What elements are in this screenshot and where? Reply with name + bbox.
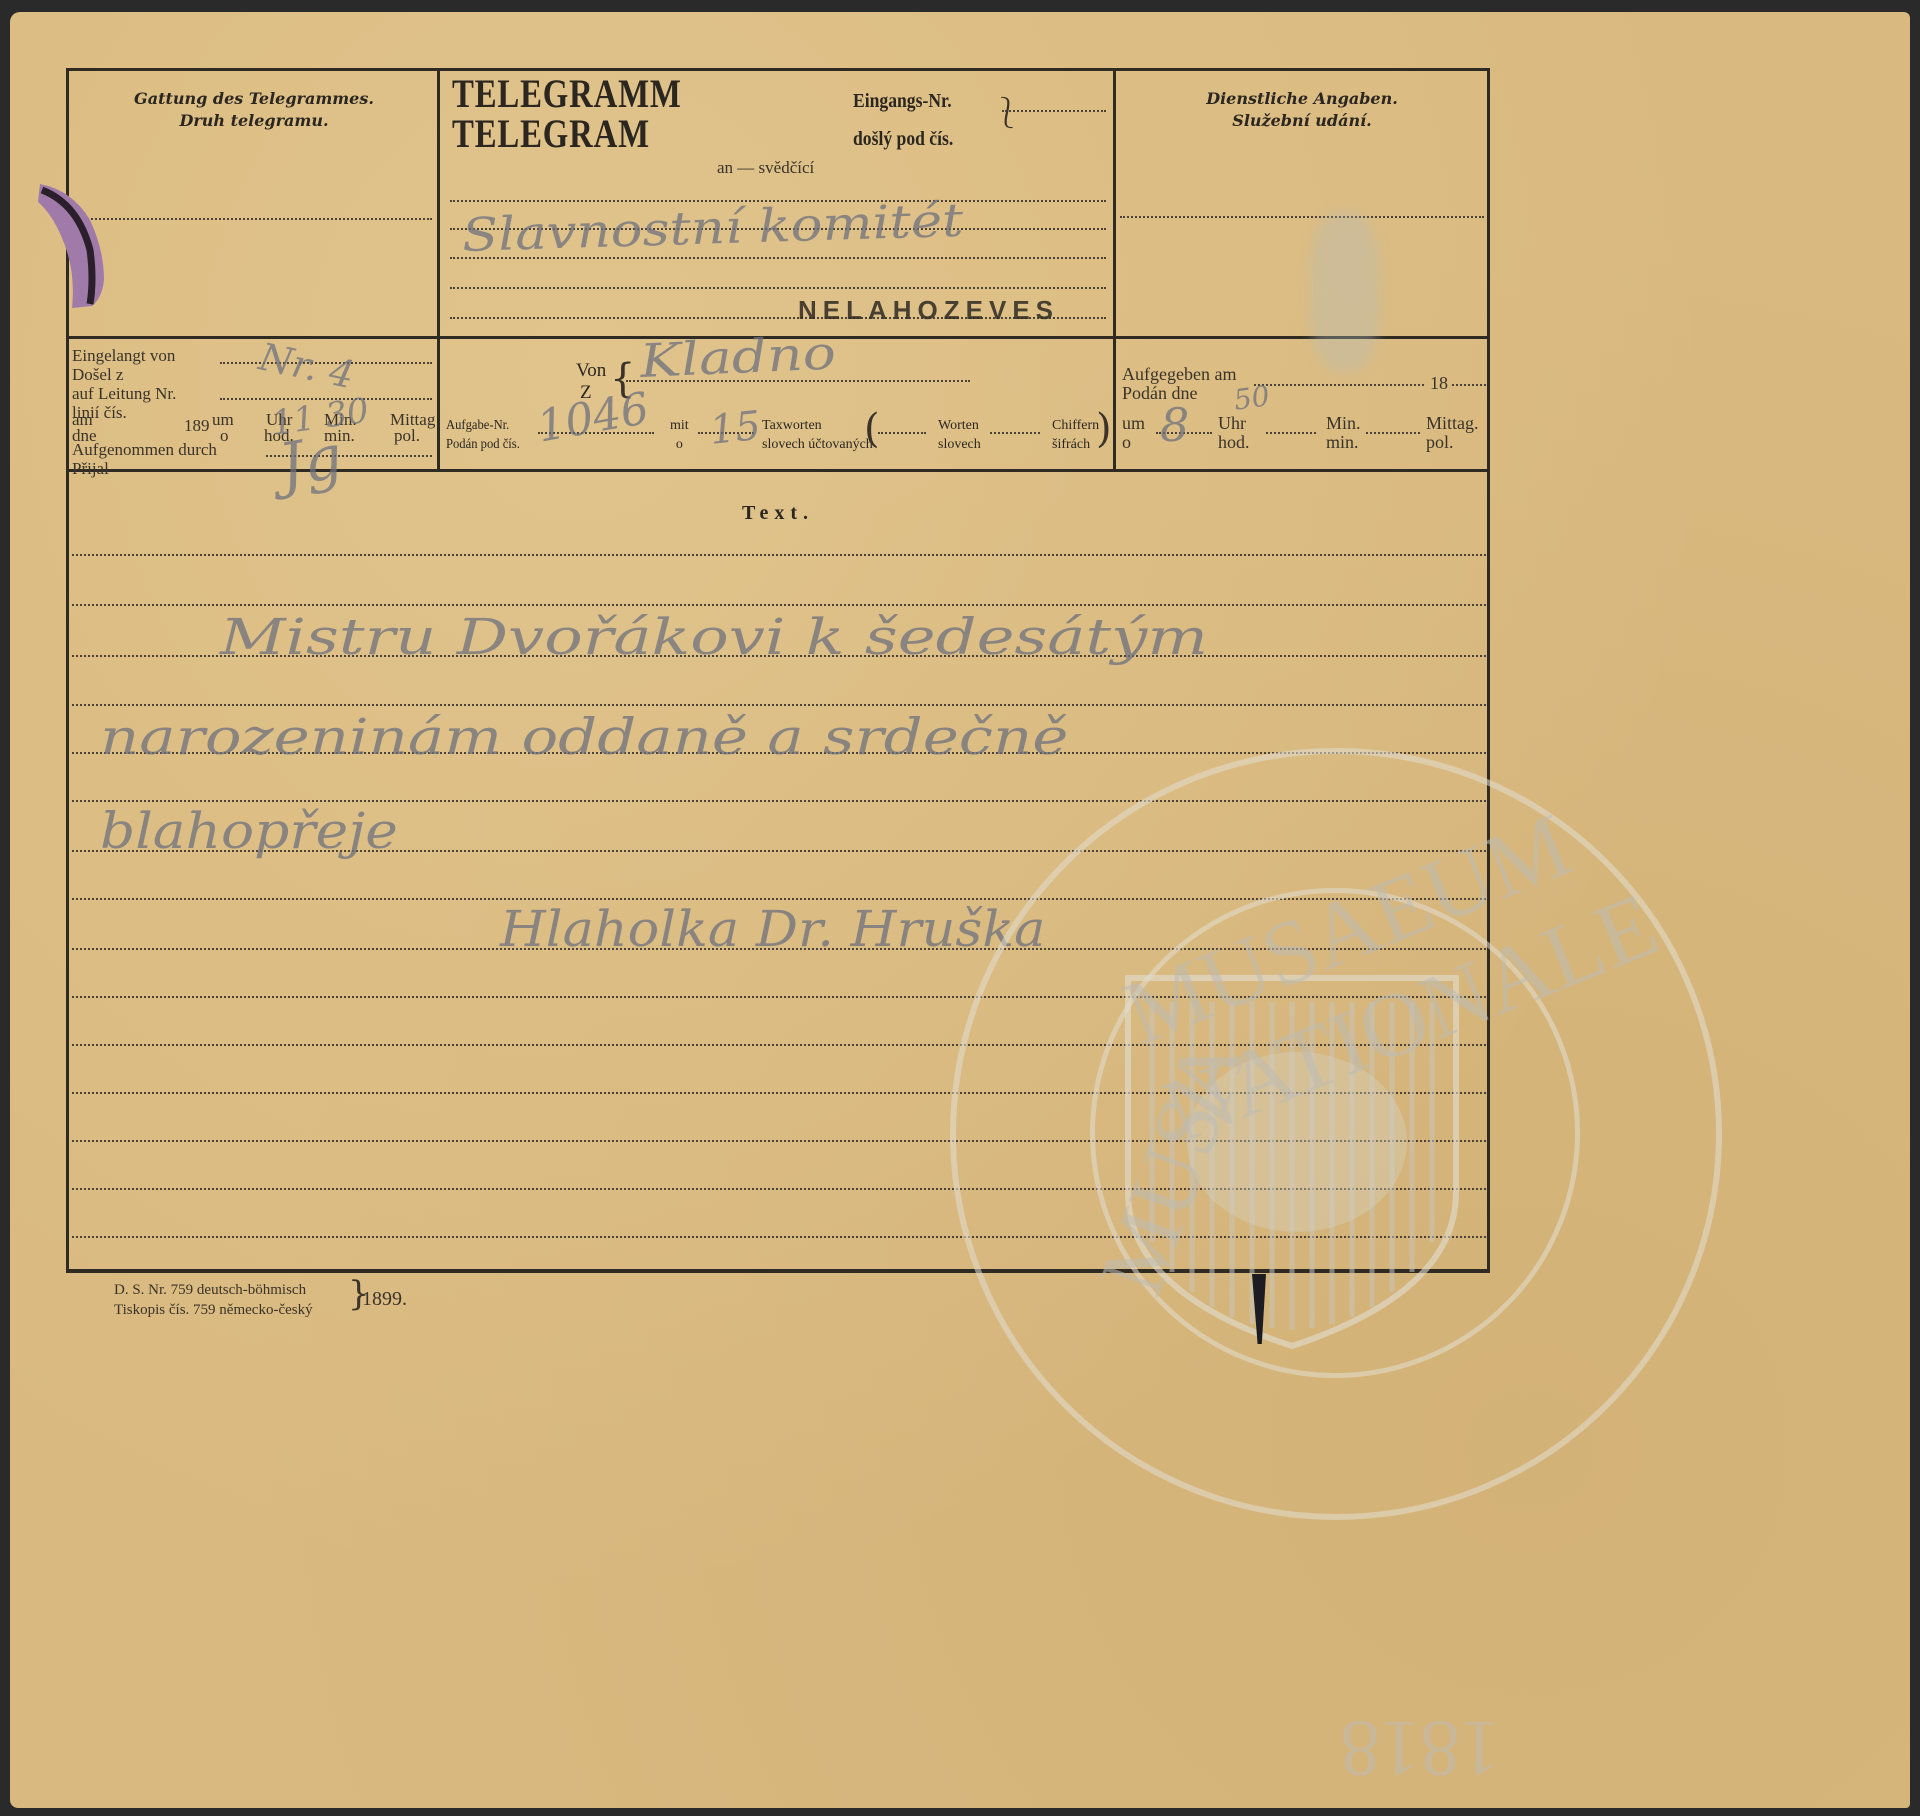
addressee-line-4: [450, 287, 1106, 289]
submitted-uhr: Uhr: [1218, 414, 1246, 433]
origin-paren-close: ): [1096, 406, 1112, 452]
origin-von: Von: [576, 360, 606, 382]
origin-words-handwritten: 15: [708, 403, 763, 454]
footer-year: 1899.: [362, 1288, 407, 1311]
submitted-pol: pol.: [1426, 433, 1454, 452]
footer-line-1: D. S. Nr. 759 deutsch-böhmisch: [114, 1280, 313, 1300]
received-pol: pol.: [394, 426, 420, 445]
official-line: [1120, 216, 1484, 218]
received-taken-handwritten: Jg: [274, 422, 348, 502]
origin-number-handwritten: 1046: [534, 383, 653, 453]
incoming-number-line: [1002, 110, 1106, 112]
received-o: o: [220, 426, 229, 445]
addressee-stamp: NELAHOZEVES: [798, 295, 1059, 326]
message-line-2: narozeninám oddaně a srdečně: [100, 708, 1068, 766]
origin-mit: mit: [670, 416, 689, 435]
received-taken-cz: Přijal: [72, 459, 217, 478]
submitted-min-line: [1266, 432, 1316, 434]
message-signature: Hlaholka Dr. Hruška: [500, 900, 1045, 958]
origin-taxworten-de: Taxworten: [762, 416, 873, 435]
incoming-de: Eingangs-Nr.: [853, 82, 953, 120]
incoming-cz: došlý pod čís.: [853, 120, 953, 158]
telegram-type-header: Gattung des Telegrammes. Druh telegramu.: [70, 88, 438, 132]
origin-aufgabe-de: Aufgabe-Nr.: [446, 416, 520, 435]
received-taken-labels: Aufgenommen durch Přijal: [72, 440, 217, 478]
origin-aufgabe-cz: Podán pod čís.: [446, 435, 520, 454]
purple-seal: [32, 180, 110, 310]
origin-number-labels: Aufgabe-Nr. Podán pod čís.: [446, 416, 520, 454]
origin-worten-line: [878, 432, 926, 434]
origin-paren-open: (: [864, 406, 880, 452]
submitted-hod: hod.: [1218, 433, 1250, 452]
title-de: TELEGRAMM: [452, 74, 682, 114]
submitted-o: o: [1122, 433, 1131, 452]
incoming-number-label: Eingangs-Nr. došlý pod čís.: [853, 82, 953, 158]
received-from-cz: Došel z: [72, 365, 176, 384]
submitted-mittag-line: [1366, 432, 1420, 434]
official-de: Dienstliche Angaben.: [1116, 88, 1488, 110]
stain: [1310, 212, 1380, 372]
text-line-4: [72, 704, 1486, 706]
received-from-handwritten: Nr. 4: [255, 334, 358, 397]
telegram-type-cz: Druh telegramu.: [70, 110, 438, 132]
origin-worten-cz: slovech: [938, 435, 981, 454]
telegram-type-de: Gattung des Telegrammes.: [70, 88, 438, 110]
origin-chiffern-cz: šifrách: [1052, 435, 1099, 454]
telegram-title: TELEGRAMM TELEGRAM: [452, 74, 682, 154]
text-line-2: [72, 604, 1486, 606]
official-header: Dienstliche Angaben. Služební udání.: [1116, 88, 1488, 132]
museum-seal-year: 1818: [1340, 1702, 1500, 1793]
submitted-date-de: Aufgegeben am: [1122, 365, 1236, 384]
submitted-year: 18: [1430, 374, 1448, 393]
submitted-min-cz: min.: [1326, 433, 1359, 452]
footer-line-2: Tiskopis čís. 759 německo-český: [114, 1300, 313, 1320]
origin-chiffern-line: [990, 432, 1040, 434]
origin-o: o: [670, 435, 689, 454]
origin-worten-de: Worten: [938, 416, 981, 435]
received-line-de: auf Leitung Nr.: [72, 384, 176, 403]
addressee-label: an — svědčící: [717, 158, 814, 178]
form-footer: D. S. Nr. 759 deutsch-böhmisch Tiskopis …: [114, 1280, 313, 1320]
title-cz: TELEGRAM: [452, 114, 682, 154]
origin-chiffern-de: Chiffern: [1052, 416, 1099, 435]
submitted-year-line: [1452, 384, 1486, 386]
origin-taxworten-cz: slovech účtovaných: [762, 435, 873, 454]
frame-top: [66, 68, 1490, 71]
submitted-min-de: Min.: [1326, 414, 1361, 433]
submitted-mittag: Mittag.: [1426, 414, 1479, 433]
message-line-3: blahopřeje: [100, 802, 398, 860]
official-cz: Služební udání.: [1116, 110, 1488, 132]
received-taken-de: Aufgenommen durch: [72, 440, 217, 459]
text-heading: Text.: [66, 502, 1490, 525]
origin-taxworten-labels: Taxworten slovech účtovaných: [762, 416, 873, 454]
received-from-de: Eingelangt von: [72, 346, 176, 365]
submitted-hour-handwritten: 8: [1160, 398, 1189, 452]
origin-worten-labels: Worten slovech: [938, 416, 981, 454]
submitted-min-handwritten: 50: [1232, 379, 1272, 417]
telegram-type-line: [76, 218, 432, 220]
addressee-handwritten: Slavnostní komitét: [461, 193, 964, 262]
message-line-1: Mistru Dvořákovi k šedesátým: [220, 608, 1208, 666]
received-year: 189: [184, 416, 210, 435]
submitted-date-line: [1254, 384, 1424, 386]
origin-place-handwritten: Kladno: [638, 325, 837, 387]
submitted-um: um: [1122, 414, 1145, 433]
telegram-paper: Gattung des Telegrammes. Druh telegramu.…: [10, 12, 1910, 1808]
incoming-brace: ⎱: [992, 84, 1022, 144]
origin-chiffern-labels: Chiffern šifrách: [1052, 416, 1099, 454]
origin-mit-labels: mit o: [670, 416, 689, 454]
text-line-1: [72, 554, 1486, 556]
